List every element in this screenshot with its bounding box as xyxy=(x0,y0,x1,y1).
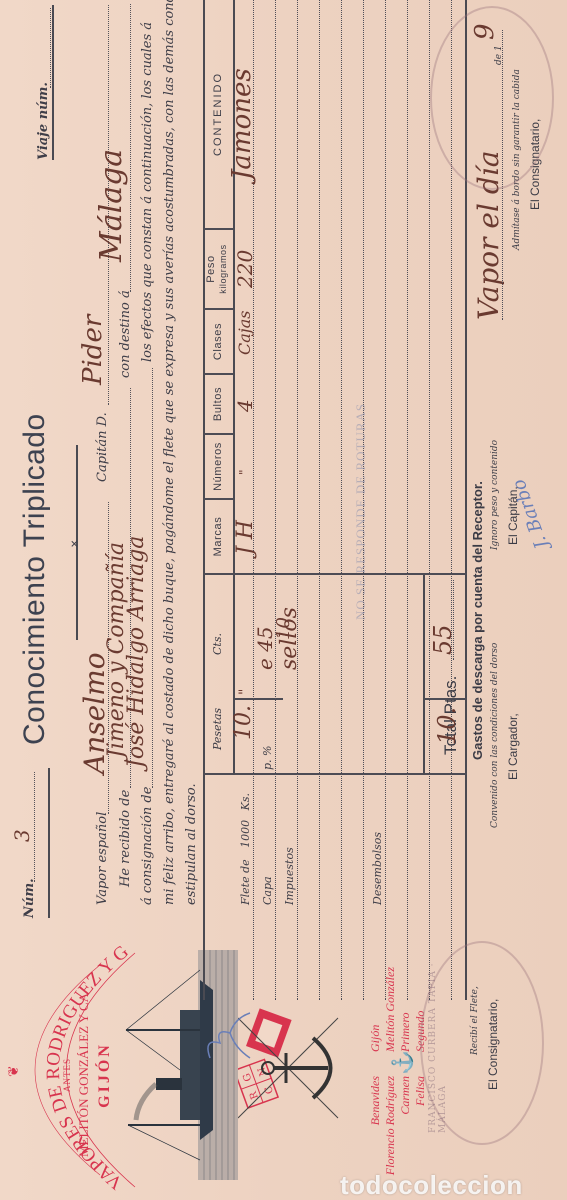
consignatario-field: José Hidalgo Arriaga xyxy=(132,368,153,788)
num-field: 3 xyxy=(12,772,35,882)
marcas-value: J H xyxy=(233,520,258,555)
letterhead-antes: ANTES xyxy=(62,950,72,1200)
letterhead-former-name: MELITÓN GONZÁLEZ Y CA xyxy=(76,950,92,1200)
recibido-label: He recibido de xyxy=(118,790,133,887)
col-contenido: CONTENIDO xyxy=(212,0,224,228)
capitan-label: Capitán D. xyxy=(95,412,110,482)
flete-pesetas: 10. xyxy=(231,705,256,740)
title-ornament-icon: ✕ xyxy=(70,540,81,548)
page-title: Conocimiento Triplicado xyxy=(18,413,52,745)
col-bultos: Bultos xyxy=(212,375,224,433)
clases-value: Cajas xyxy=(235,311,254,356)
consignacion-label: á consignación de xyxy=(140,787,155,905)
bill-of-lading-document: VAPORES DE RODRIGUEZ Y GERRA, SEN C. ❦ A… xyxy=(0,0,567,1200)
vapor-label: Vapor español xyxy=(95,812,110,905)
letterhead-city: GIJÓN xyxy=(96,950,114,1200)
num-label: Núm. xyxy=(22,878,37,918)
col-cts: Cts. xyxy=(211,633,224,655)
roturas-stamp: NO SE RESPONDE DE ROTURAS xyxy=(353,403,369,620)
divider xyxy=(52,5,54,160)
total-cts: 55 xyxy=(429,624,457,655)
destino-field: Málaga xyxy=(100,4,131,292)
blue-pencil-mark xyxy=(205,1008,255,1068)
viaje-label: Viaje núm. xyxy=(36,82,51,160)
efectos-text: los efectos que constan á continuación, … xyxy=(140,22,155,362)
bultos-value: 4 xyxy=(233,399,257,412)
ornament-icon: ❦ xyxy=(6,1065,22,1077)
capa-cts: 10 xyxy=(273,617,294,640)
col-numeros: Números xyxy=(212,435,224,498)
capitan-value: Pider xyxy=(78,315,108,385)
impuestos-label: Impuestos xyxy=(283,847,296,905)
dorso-text: estipulan al dorso. xyxy=(184,783,199,905)
conditions-text: mi feliz arribo, entregaré al costado de… xyxy=(162,0,177,905)
oval-stamp xyxy=(430,6,554,190)
capa-unit: p. % xyxy=(261,746,274,771)
contenido-value: Jamones xyxy=(227,68,257,180)
col-marcas: Marcas xyxy=(212,500,224,573)
viaje-field xyxy=(36,8,51,88)
col-pesetas: Pesetas xyxy=(211,708,224,750)
ignoro-text: Ignoro peso y contenido xyxy=(490,440,500,550)
consignatario-value: José Hidalgo Arriaga xyxy=(124,536,149,768)
capa-label: Capa xyxy=(261,876,274,905)
cargador-label: El Cargador, xyxy=(506,713,520,780)
flete-cts: " xyxy=(237,689,253,695)
num-value: 3 xyxy=(10,829,34,842)
cargo-table: Flete de 1000 Ks. Capa p. % Impuestos se… xyxy=(203,0,468,1000)
total-pesetas: 10. xyxy=(433,707,461,745)
destino-label: con destino á xyxy=(118,290,133,378)
flete-label: Flete de 1000 Ks. xyxy=(239,793,252,905)
gastos-text: Gastos de descarga por cuenta del Recept… xyxy=(470,481,485,760)
peso-value: 220 xyxy=(233,250,257,288)
col-clases: Clases xyxy=(212,310,224,373)
oval-stamp: FRANCISCO CURBERA TAPIA · MÁLAGA xyxy=(420,941,544,1145)
destino-value: Málaga xyxy=(94,149,129,262)
desembolsos-label: Desembolsos xyxy=(371,832,384,905)
numeros-value: " xyxy=(237,469,251,475)
col-peso: Pesokilogramos xyxy=(205,230,229,308)
divider xyxy=(48,768,50,918)
watermark-text: todocoleccion xyxy=(340,1170,523,1200)
convenido-text: Convenido con las condiciones del dorso xyxy=(490,643,500,828)
